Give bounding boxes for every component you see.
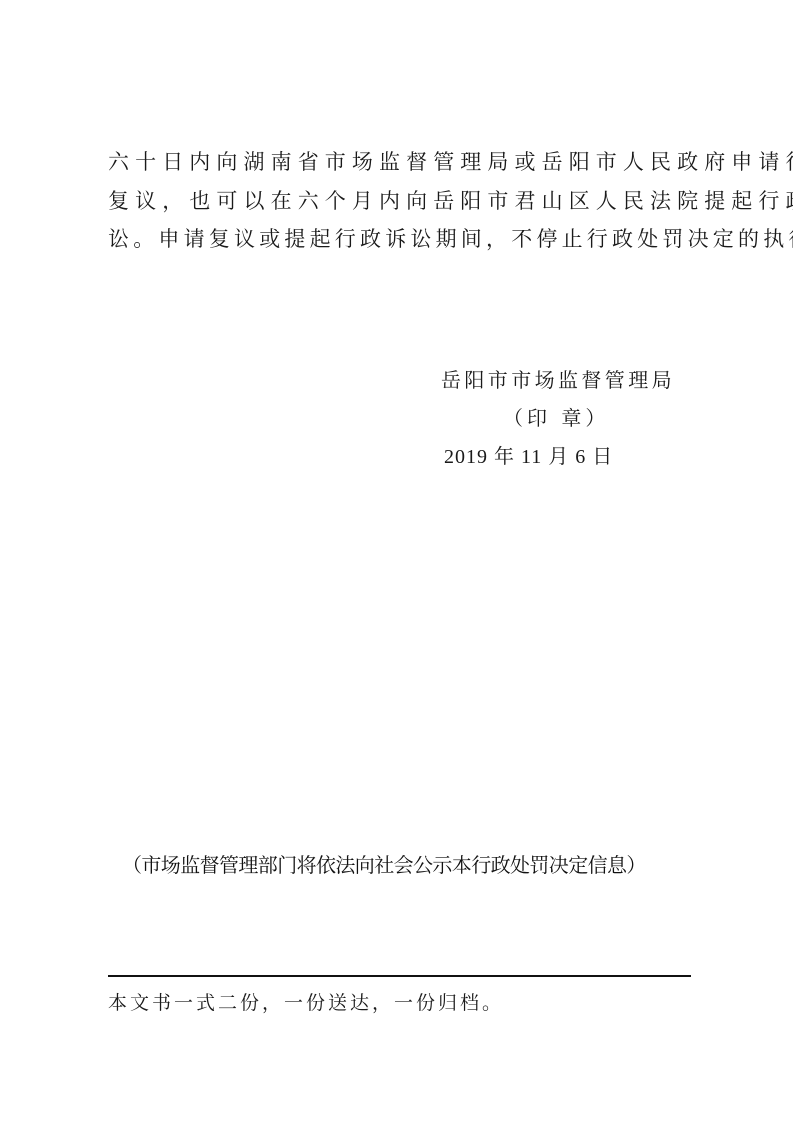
- issue-date: 2019 年 11 月 6 日: [444, 440, 613, 469]
- disclosure-notice: （市场监督管理部门将依法向社会公示本行政处罚决定信息）: [122, 849, 646, 878]
- copies-note: 本文书一式二份，一份送达，一份归档。: [108, 988, 504, 1015]
- footer-divider: [108, 975, 691, 977]
- paragraph-line-3: 讼。申请复议或提起行政诉讼期间，不停止行政处罚决定的执行。: [108, 220, 692, 259]
- paragraph-line-2: 复议，也可以在六个月内向岳阳市君山区人民法院提起行政诉: [108, 182, 692, 221]
- body-paragraph: 六十日内向湖南省市场监督管理局或岳阳市人民政府申请行政 复议，也可以在六个月内向…: [108, 143, 692, 259]
- issuing-organization: 岳阳市市场监督管理局: [441, 364, 675, 393]
- seal-placeholder: （印 章）: [503, 402, 609, 431]
- paragraph-line-1: 六十日内向湖南省市场监督管理局或岳阳市人民政府申请行政: [108, 143, 692, 182]
- document-page: 六十日内向湖南省市场监督管理局或岳阳市人民政府申请行政 复议，也可以在六个月内向…: [0, 0, 793, 1122]
